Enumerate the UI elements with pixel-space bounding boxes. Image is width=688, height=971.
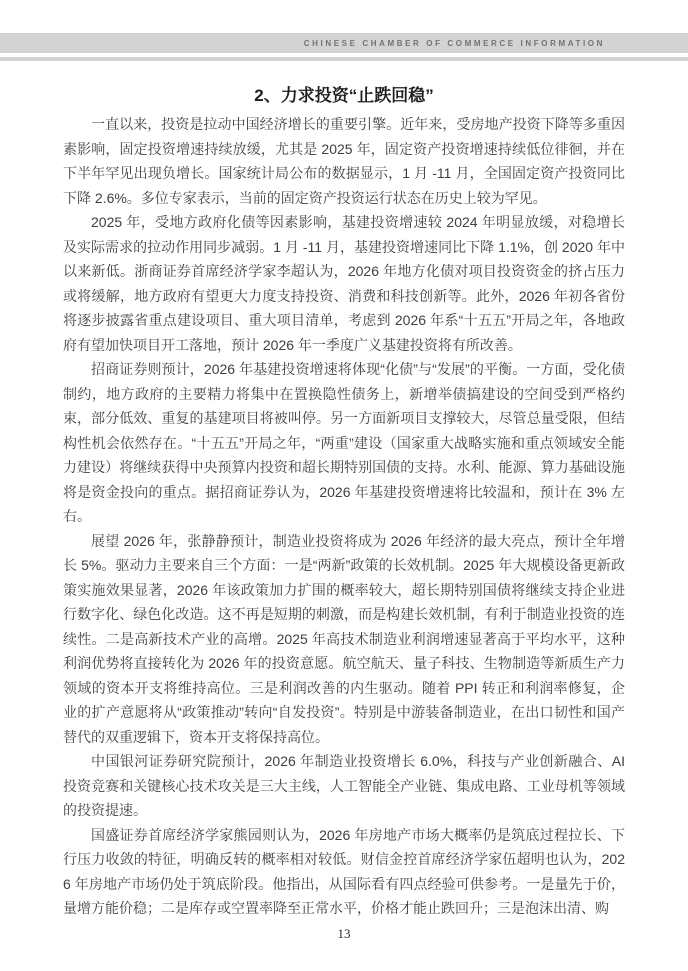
page-number: 13	[338, 926, 351, 941]
body-paragraph-1: 一直以来，投资是拉动中国经济增长的重要引擎。近年来，受房地产投资下降等多重因素影…	[63, 112, 625, 210]
section-title: 2、力求投资“止跌回稳”	[63, 85, 625, 106]
body-paragraph-3: 招商证券则预计，2026 年基建投资增速将体现“化债”与“发展”的平衡。一方面，…	[63, 357, 625, 529]
header-rule	[0, 57, 688, 61]
page-footer: 13	[0, 926, 688, 942]
article-body: 2、力求投资“止跌回稳” 一直以来，投资是拉动中国经济增长的重要引擎。近年来，受…	[63, 85, 625, 921]
document-page: CHINESE CHAMBER OF COMMERCE INFORMATION …	[0, 0, 688, 971]
header-caption: CHINESE CHAMBER OF COMMERCE INFORMATION	[304, 39, 605, 48]
body-paragraph-4: 展望 2026 年，张静静预计，制造业投资将成为 2026 年经济的最大亮点，预…	[63, 529, 625, 750]
body-paragraph-2: 2025 年，受地方政府化债等因素影响，基建投资增速较 2024 年明显放缓，对…	[63, 210, 625, 357]
body-paragraph-5: 中国银河证券研究院预计，2026 年制造业投资增长 6.0%，科技与产业创新融合…	[63, 749, 625, 823]
header-band: CHINESE CHAMBER OF COMMERCE INFORMATION	[0, 33, 688, 53]
body-paragraph-6: 国盛证券首席经济学家熊园则认为，2026 年房地产市场大概率仍是筑底过程拉长、下…	[63, 823, 625, 921]
